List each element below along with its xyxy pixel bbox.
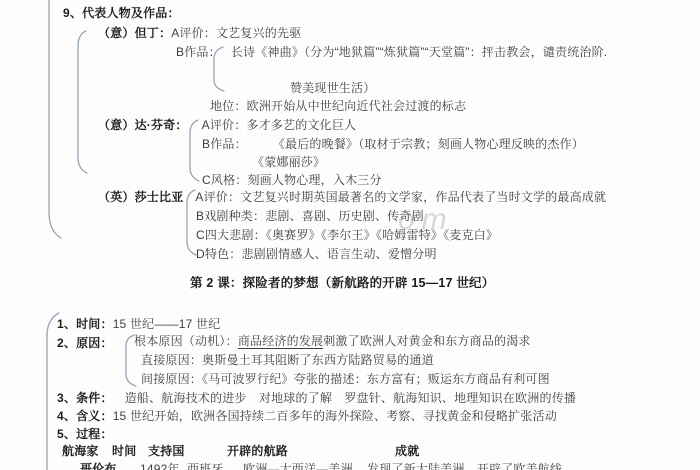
dante-name: （意）但丁：	[98, 26, 171, 40]
table-row-time: 1492年	[140, 462, 180, 470]
davinci-evaluation: A评价：多才多艺的文化巨人	[202, 118, 357, 132]
reason-indirect: 间接原因：《马可波罗行纪》夸张的描述：东方富有；贩运东方商品有利可图	[141, 372, 550, 386]
shakespeare-features: D特色：悲剧剧情感人、语言生动、爱憎分明	[196, 247, 437, 261]
lesson2-title: 第 2 课：探险者的梦想（新航路的开辟 15—17 世纪）	[190, 276, 494, 290]
meaning-text: 15 世纪开始，欧洲各国持续二百多年的海外探险、考察、寻找黄金和侵略扩张活动	[113, 409, 557, 423]
table-row-sponsor: 西班牙	[187, 462, 224, 470]
davinci-works-line: B作品：《最后的晚餐》（取材于宗教；刻画人物心理反映的杰作）	[202, 137, 584, 151]
reason-direct: 直接原因：奥斯曼土耳其阻断了东西方陆路贸易的通道	[141, 353, 434, 367]
table-header-achievement: 成就	[395, 444, 419, 458]
time-text: 15 世纪——17 世纪	[113, 317, 221, 331]
reason-root-rest: 刺激了欧洲人对黄金和东方商品的渴求	[323, 334, 530, 348]
davinci-name: （意）达·芬奇：	[98, 118, 188, 132]
dante-line: （意）但丁：A评价：文艺复兴的先驱	[98, 26, 301, 40]
reason-root-underlined: 商品经济的发展	[238, 334, 323, 349]
shakespeare-line: （英）莎士比亚A评价：文艺复兴时期英国最著名的文学家，作品代表了当时文学的最高成…	[98, 190, 606, 204]
dante-works-text: 长诗《神曲》（分为“地狱篇”“炼狱篇”“天堂篇”：抨击教会，谴责统治阶.	[231, 45, 608, 59]
dante-evaluation: A评价：文艺复兴的先驱	[171, 26, 301, 40]
brace-section9-group	[78, 31, 87, 173]
table-row-route: 欧洲—大西洋—美洲	[243, 462, 353, 470]
dante-works-label: B作品：	[176, 45, 221, 59]
brace-outer-tail	[49, 0, 61, 238]
davinci-works-label: B作品：	[202, 137, 247, 151]
conditions-label: 3、条件：	[57, 391, 113, 405]
table-header-navigator: 航海家	[62, 444, 99, 458]
table-row-achievement: 发现了新大陆美洲 开辟了欧美航线	[367, 462, 562, 470]
davinci-works-line2: 《蒙娜丽莎》	[252, 155, 325, 169]
davinci-style: C风格：刻画人物心理，入木三分	[202, 173, 382, 187]
time-label: 1、时间：	[57, 317, 113, 331]
shakespeare-name: （英）莎士比亚	[98, 190, 183, 204]
shakespeare-evaluation: A评价：文艺复兴时期英国最著名的文学家，作品代表了当时文学的最高成就	[195, 190, 606, 204]
meaning-label: 4、含义：	[57, 409, 113, 423]
section9-heading: 9、代表人物及作品：	[63, 6, 180, 20]
table-header-sponsor: 支持国	[148, 444, 185, 458]
davinci-works-text: 《最后的晚餐》（取材于宗教；刻画人物心理反映的杰作）	[273, 137, 584, 151]
shakespeare-tragedies: C四大悲剧：《奥赛罗》《李尔王》《哈姆雷特》《麦克白》	[196, 228, 498, 242]
dante-status: 地位：欧洲开始从中世纪向近代社会过渡的标志	[210, 99, 466, 113]
table-header-route: 开辟的航路	[227, 444, 288, 458]
notes-page: om 9、代表人物及作品： （意）但丁：A评价：文艺复兴的先驱 B作品：长诗《神…	[0, 0, 700, 470]
reason-root: 根本原因（动机）：商品经济的发展刺激了欧洲人对黄金和东方商品的渴求	[134, 334, 531, 348]
conditions-text: 造船、航海技术的进步 对地球的了解 罗盘针、航海知识、地理知识在欧洲的传播	[125, 391, 576, 405]
davinci-line: （意）达·芬奇：A评价：多才多艺的文化巨人	[98, 118, 356, 132]
lesson2-conditions: 3、条件：造船、航海技术的进步 对地球的了解 罗盘针、航海知识、地理知识在欧洲的…	[57, 391, 576, 405]
process-label: 5、过程：	[57, 427, 113, 441]
reason-root-label: 根本原因（动机）：	[134, 334, 238, 348]
table-row-navigator: 哥伦布	[80, 462, 117, 470]
shakespeare-genres: B戏剧种类：悲剧、喜剧、历史剧、传奇剧	[196, 209, 424, 223]
dante-works-line: B作品：长诗《神曲》（分为“地狱篇”“炼狱篇”“天堂篇”：抨击教会，谴责统治阶.	[176, 45, 607, 59]
lesson2-meaning: 4、含义：15 世纪开始，欧洲各国持续二百多年的海外探险、考察、寻找黄金和侵略扩…	[57, 409, 557, 423]
lesson2-time: 1、时间：15 世纪——17 世纪	[57, 317, 220, 331]
reason-label: 2、原因：	[57, 336, 113, 350]
dante-works-line2: 赞美现世生活）	[290, 81, 375, 95]
table-header-time: 时间	[112, 444, 136, 458]
